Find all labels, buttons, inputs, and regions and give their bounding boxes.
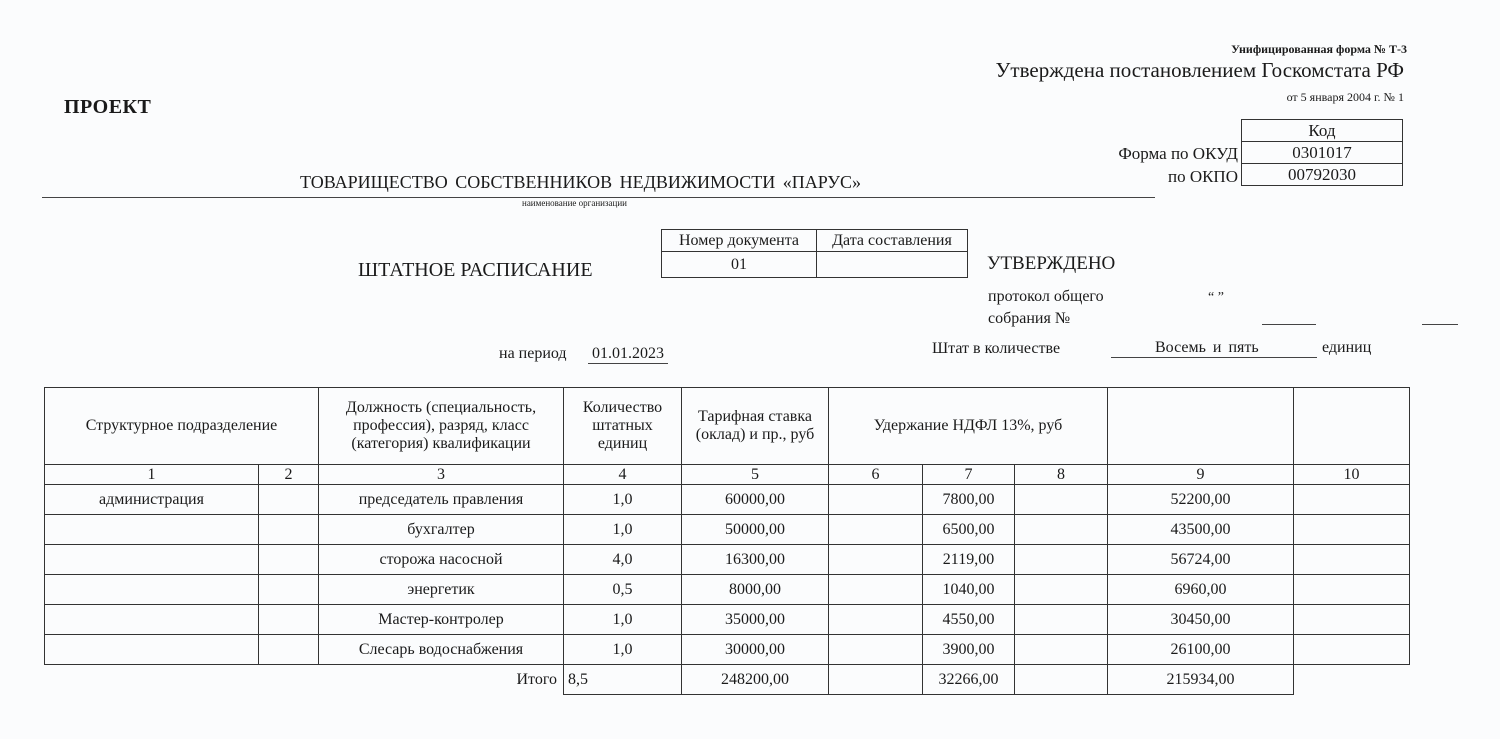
cell-tax: 2119,00 xyxy=(923,545,1015,575)
cell-tax: 7800,00 xyxy=(923,485,1015,515)
okud-label: Форма по ОКУД xyxy=(1118,144,1238,164)
header-position: Должность (специальность, профессия), ра… xyxy=(319,388,564,465)
cell-tariff-rate: 60000,00 xyxy=(682,485,829,515)
organization-caption: наименование организации xyxy=(522,198,627,208)
cell-net: 43500,00 xyxy=(1108,515,1294,545)
totals-col8 xyxy=(1015,665,1108,695)
cell-tax: 3900,00 xyxy=(923,635,1015,665)
protocol-date-blank xyxy=(1262,324,1316,325)
column-number: 8 xyxy=(1015,465,1108,485)
totals-net: 215934,00 xyxy=(1108,665,1294,695)
protocol-year-blank xyxy=(1422,324,1458,325)
okpo-label: по ОКПО xyxy=(1168,167,1238,187)
document-title: ШТАТНОЕ РАСПИСАНИЕ xyxy=(358,259,593,282)
organization-name: ТОВАРИЩЕСТВО СОБСТВЕННИКОВ НЕДВИЖИМОСТИ … xyxy=(300,172,861,193)
cell-col2 xyxy=(259,515,319,545)
column-number: 1 xyxy=(45,465,259,485)
header-staff-units: Количество штатных единиц xyxy=(564,388,682,465)
column-number: 10 xyxy=(1294,465,1410,485)
cell-position: сторожа насосной xyxy=(319,545,564,575)
cell-department xyxy=(45,515,259,545)
cell-col2 xyxy=(259,485,319,515)
period-label: на период xyxy=(499,345,567,363)
protocol-date-quotes: “ ” xyxy=(1208,290,1224,306)
column-number: 3 xyxy=(319,465,564,485)
cell-col6 xyxy=(829,485,923,515)
cell-col6 xyxy=(829,515,923,545)
table-header-row: Структурное подразделение Должность (спе… xyxy=(45,388,1410,465)
column-number: 5 xyxy=(682,465,829,485)
cell-net: 6960,00 xyxy=(1108,575,1294,605)
cell-department: администрация xyxy=(45,485,259,515)
totals-col6 xyxy=(829,665,923,695)
staff-count-units: единиц xyxy=(1322,339,1371,357)
doc-date-value xyxy=(817,252,968,278)
cell-col8 xyxy=(1015,515,1108,545)
header-col10 xyxy=(1294,388,1410,465)
cell-col6 xyxy=(829,575,923,605)
cell-net: 52200,00 xyxy=(1108,485,1294,515)
cell-position: Слесарь водоснабжения xyxy=(319,635,564,665)
table-row: сторожа насосной 4,0 16300,00 2119,00 56… xyxy=(45,545,1410,575)
cell-tariff-rate: 35000,00 xyxy=(682,605,829,635)
staff-count-value: Восемь и пять xyxy=(1155,339,1259,357)
totals-label: Итого xyxy=(45,665,564,695)
cell-staff-units: 1,0 xyxy=(564,485,682,515)
cell-department xyxy=(45,545,259,575)
cell-tax: 4550,00 xyxy=(923,605,1015,635)
cell-col10 xyxy=(1294,515,1410,545)
totals-row: Итого 8,5 248200,00 32266,00 215934,00 xyxy=(45,665,1410,695)
column-number: 7 xyxy=(923,465,1015,485)
cell-tariff-rate: 30000,00 xyxy=(682,635,829,665)
cell-col2 xyxy=(259,575,319,605)
cell-staff-units: 1,0 xyxy=(564,605,682,635)
cell-col6 xyxy=(829,635,923,665)
cell-tariff-rate: 16300,00 xyxy=(682,545,829,575)
cell-col10 xyxy=(1294,485,1410,515)
header-income-tax: Удержание НДФЛ 13%, руб xyxy=(829,388,1108,465)
doc-number-value: 01 xyxy=(662,252,817,278)
table-row: Слесарь водоснабжения 1,0 30000,00 3900,… xyxy=(45,635,1410,665)
header-tariff-rate: Тарифная ставка (оклад) и пр., руб xyxy=(682,388,829,465)
cell-tax: 1040,00 xyxy=(923,575,1015,605)
cell-position: председатель правления xyxy=(319,485,564,515)
table-row: Мастер-контролер 1,0 35000,00 4550,00 30… xyxy=(45,605,1410,635)
cell-staff-units: 0,5 xyxy=(564,575,682,605)
column-number: 4 xyxy=(564,465,682,485)
cell-col8 xyxy=(1015,545,1108,575)
cell-col6 xyxy=(829,545,923,575)
cell-department xyxy=(45,575,259,605)
totals-col10 xyxy=(1294,665,1410,695)
cell-tariff-rate: 8000,00 xyxy=(682,575,829,605)
cell-col10 xyxy=(1294,575,1410,605)
table-row: энергетик 0,5 8000,00 1040,00 6960,00 xyxy=(45,575,1410,605)
cell-tax: 6500,00 xyxy=(923,515,1015,545)
cell-col10 xyxy=(1294,635,1410,665)
cell-position: Мастер-контролер xyxy=(319,605,564,635)
protocol-label-line2: собрания № xyxy=(988,310,1070,328)
codes-table: Код 0301017 00792030 xyxy=(1241,119,1403,186)
cell-col2 xyxy=(259,545,319,575)
okpo-value: 00792030 xyxy=(1242,164,1403,186)
codes-header: Код xyxy=(1242,120,1403,142)
document-info-table: Номер документа Дата составления 01 xyxy=(661,229,968,278)
table-row: администрация председатель правления 1,0… xyxy=(45,485,1410,515)
column-number: 6 xyxy=(829,465,923,485)
cell-col10 xyxy=(1294,605,1410,635)
cell-col2 xyxy=(259,605,319,635)
staff-count-label: Штат в количестве xyxy=(932,340,1060,358)
doc-number-label: Номер документа xyxy=(662,230,817,252)
header-col9 xyxy=(1108,388,1294,465)
totals-staff-units: 8,5 xyxy=(564,665,682,695)
cell-col8 xyxy=(1015,605,1108,635)
cell-department xyxy=(45,605,259,635)
column-number: 2 xyxy=(259,465,319,485)
approved-title: УТВЕРЖДЕНО xyxy=(987,253,1115,275)
column-numbers-row: 1 2 3 4 5 6 7 8 9 10 xyxy=(45,465,1410,485)
period-value: 01.01.2023 xyxy=(588,345,668,364)
form-title: Унифицированная форма № Т-3 xyxy=(1231,42,1407,57)
cell-department xyxy=(45,635,259,665)
staff-schedule-table: Структурное подразделение Должность (спе… xyxy=(44,387,1410,695)
cell-tariff-rate: 50000,00 xyxy=(682,515,829,545)
cell-staff-units: 4,0 xyxy=(564,545,682,575)
totals-tariff-rate: 248200,00 xyxy=(682,665,829,695)
cell-position: бухгалтер xyxy=(319,515,564,545)
cell-staff-units: 1,0 xyxy=(564,515,682,545)
cell-col8 xyxy=(1015,485,1108,515)
project-stamp: ПРОЕКТ xyxy=(64,96,151,119)
cell-col10 xyxy=(1294,545,1410,575)
approved-date: от 5 января 2004 г. № 1 xyxy=(1287,90,1404,105)
approved-by: Утверждена постановлением Госкомстата РФ xyxy=(996,58,1404,83)
header-department: Структурное подразделение xyxy=(45,388,319,465)
cell-net: 56724,00 xyxy=(1108,545,1294,575)
totals-tax: 32266,00 xyxy=(923,665,1015,695)
cell-col8 xyxy=(1015,575,1108,605)
cell-col6 xyxy=(829,605,923,635)
doc-date-label: Дата составления xyxy=(817,230,968,252)
protocol-label-line1: протокол общего xyxy=(988,288,1104,306)
cell-position: энергетик xyxy=(319,575,564,605)
cell-col2 xyxy=(259,635,319,665)
column-number: 9 xyxy=(1108,465,1294,485)
okud-value: 0301017 xyxy=(1242,142,1403,164)
cell-net: 26100,00 xyxy=(1108,635,1294,665)
staff-count-underline xyxy=(1111,357,1317,358)
table-row: бухгалтер 1,0 50000,00 6500,00 43500,00 xyxy=(45,515,1410,545)
cell-col8 xyxy=(1015,635,1108,665)
cell-net: 30450,00 xyxy=(1108,605,1294,635)
cell-staff-units: 1,0 xyxy=(564,635,682,665)
